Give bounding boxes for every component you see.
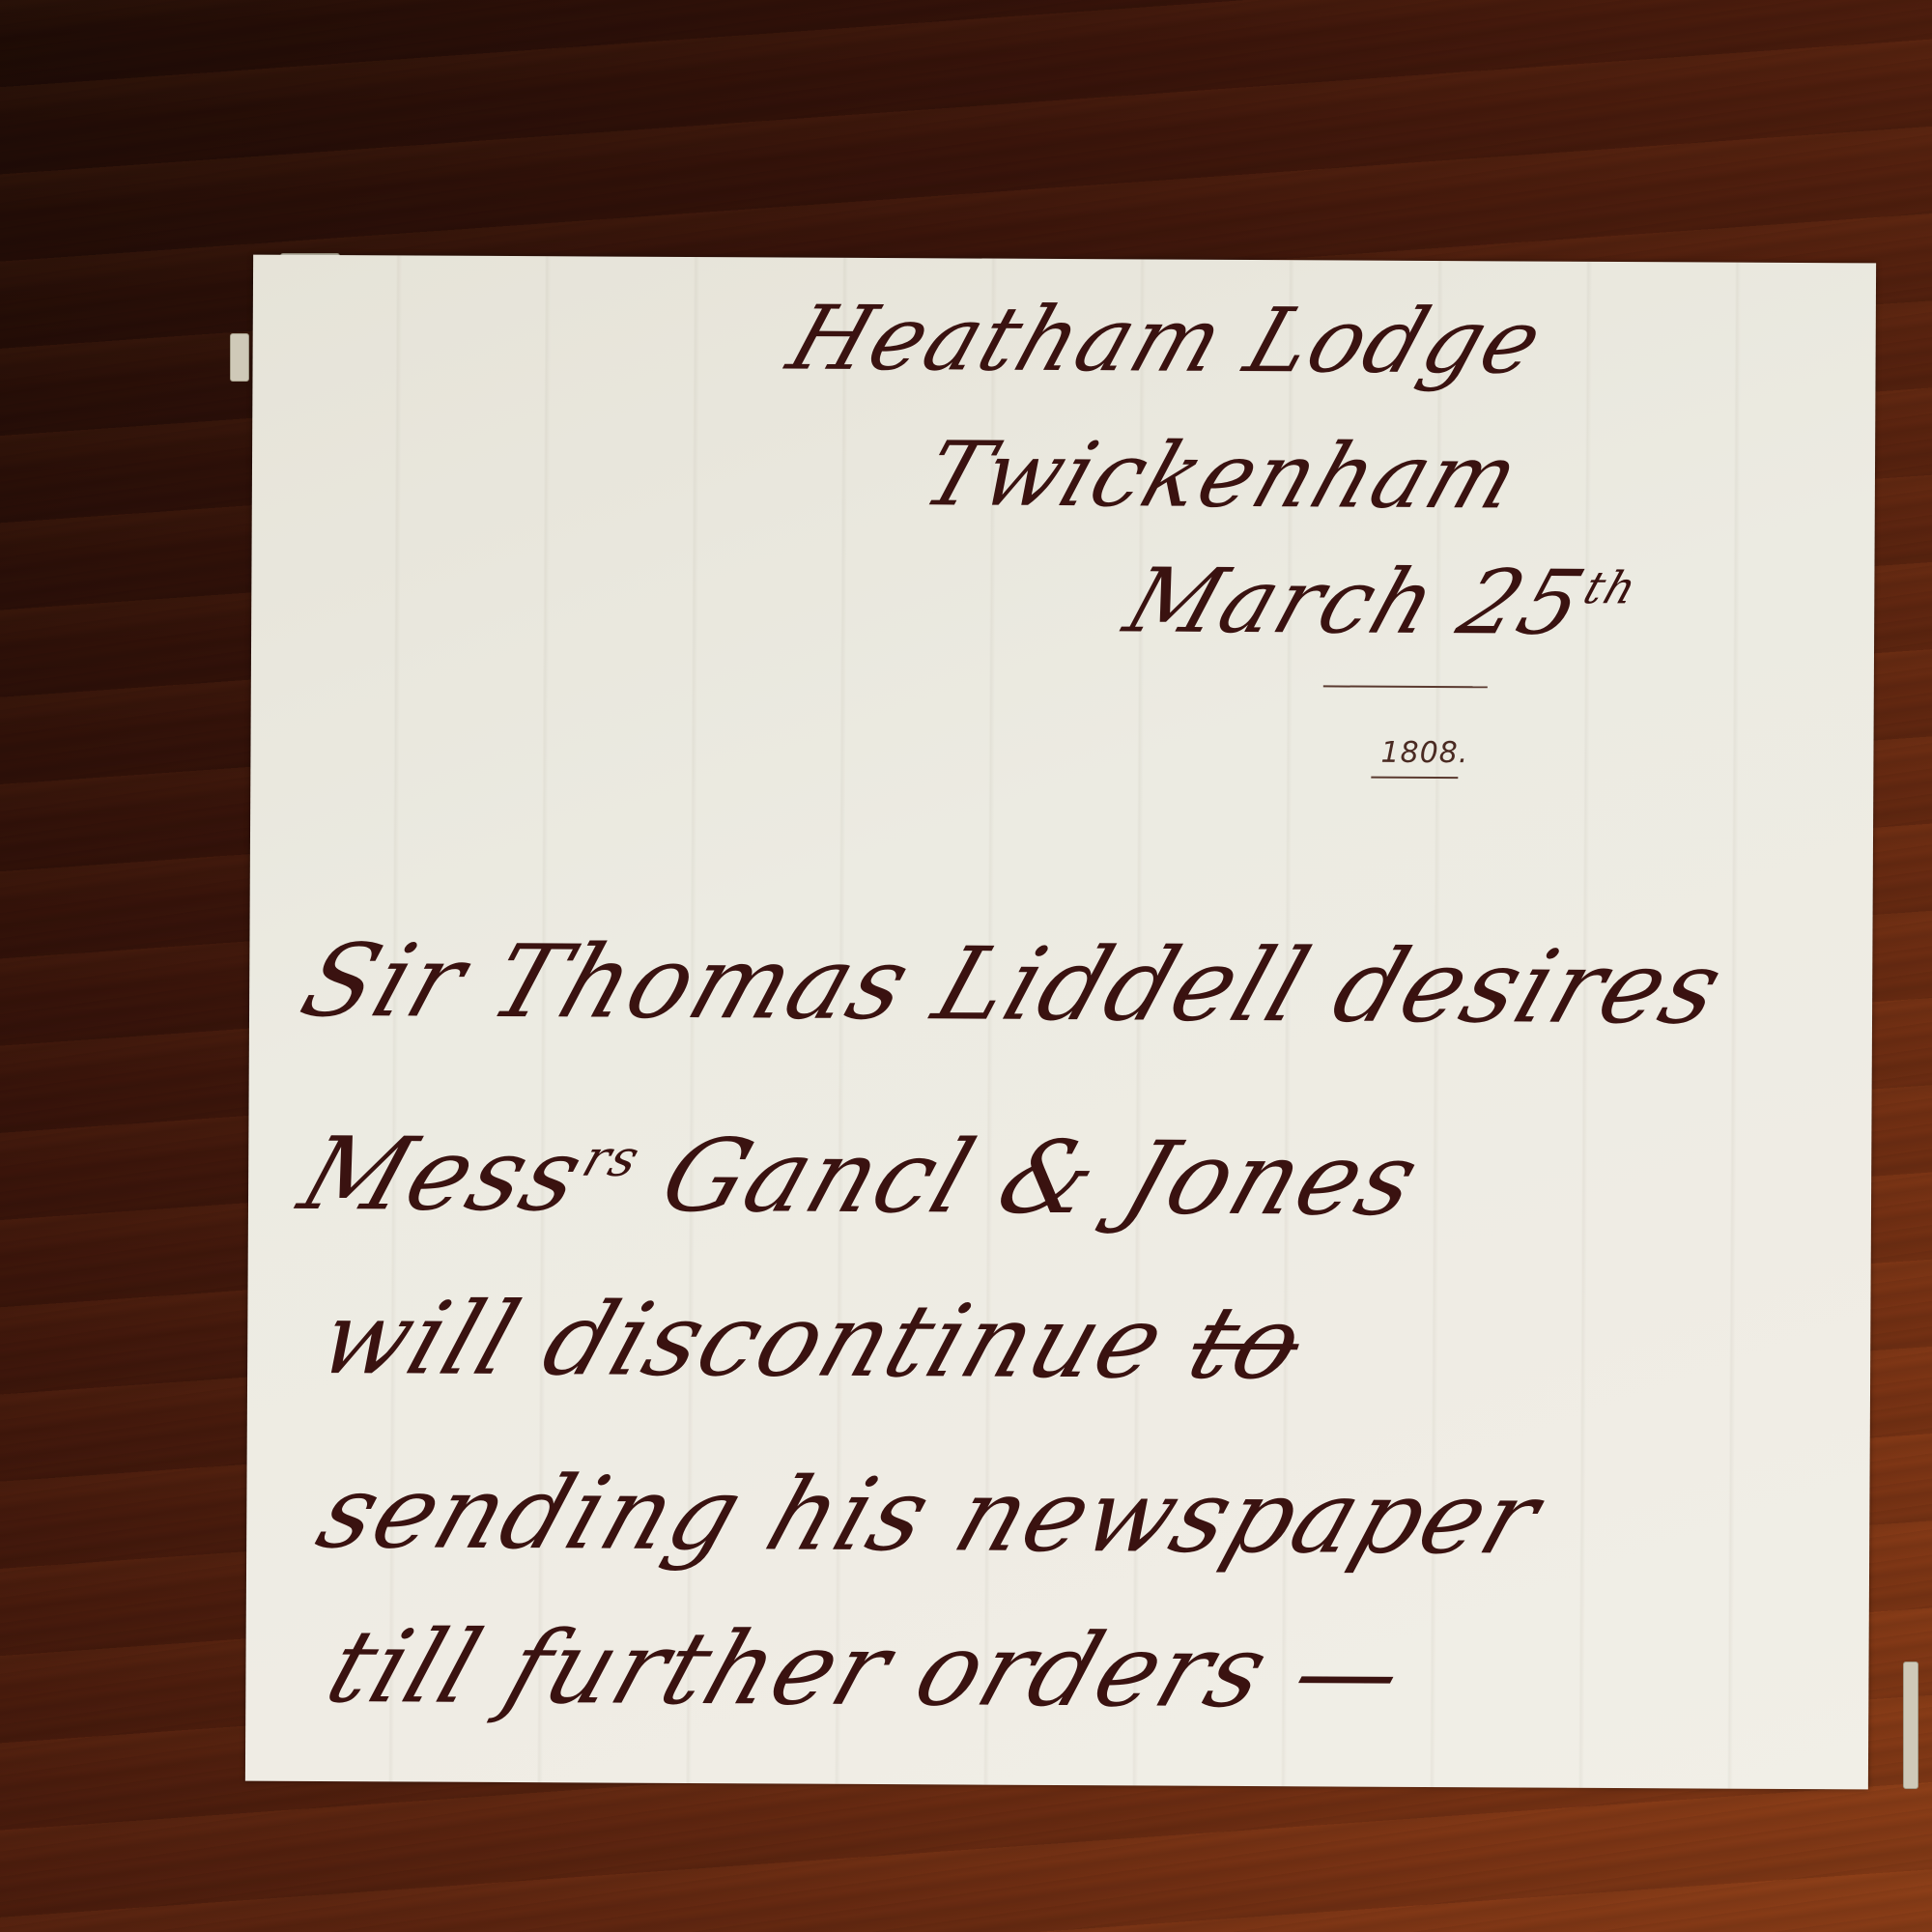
address-line-1: Heatham Lodge [777,287,1556,394]
year-underline [1371,777,1458,779]
struck-word: to [1176,1284,1320,1402]
paper-clip-right [1903,1662,1918,1789]
messrs-prefix: Mess [287,1115,599,1234]
discontinue-text: will discontinue [305,1279,1180,1401]
body-line-5: till further orders — [313,1607,1420,1731]
body-line-2: Messrs Gancl & Jones [287,1115,1435,1238]
addressee-names: Gancl & Jones [613,1117,1435,1238]
body-line-4: sending his newspaper [304,1453,1555,1577]
paper-clip-left [230,333,249,382]
address-line-2: Twickenham [911,422,1533,528]
body-line-1: Sir Thomas Liddell desires [288,922,1739,1046]
date-month-day: March 25 [1114,549,1598,654]
date-underline [1323,685,1488,688]
year-annotation: 1808. [1380,736,1468,770]
body-line-3: will discontinue to [305,1279,1319,1402]
letter-date: March 25th [1114,549,1649,655]
letter-paper: Heatham Lodge Twickenham March 25th 1808… [245,255,1876,1790]
